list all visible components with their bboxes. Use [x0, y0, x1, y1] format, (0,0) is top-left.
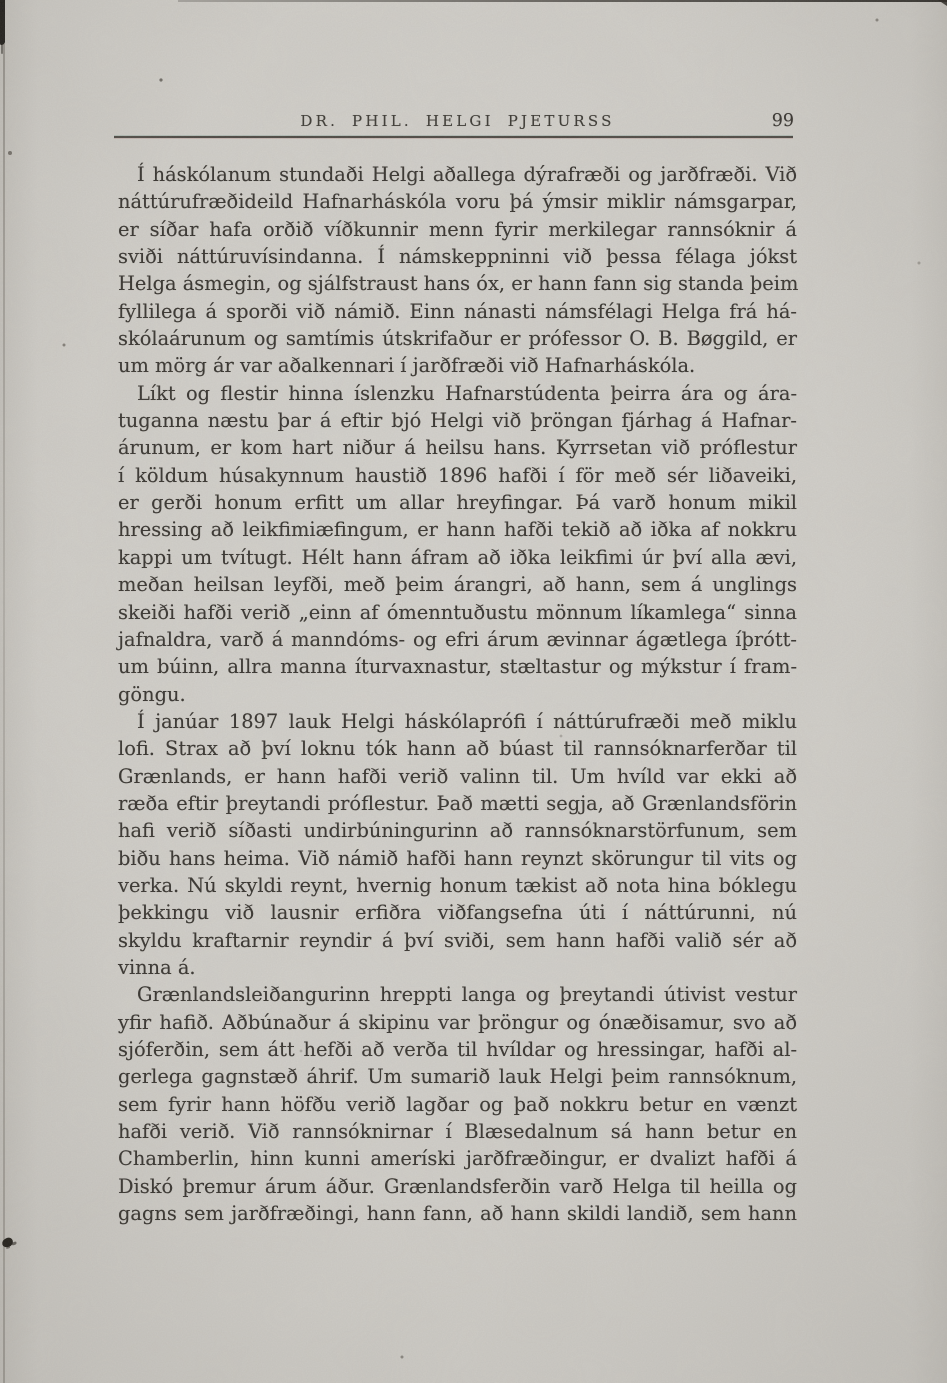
text-line: hressing að leikfimiæfingum, er hann haf… — [118, 516, 797, 543]
text-line: Grænlands, er hann hafði verið valinn ti… — [118, 763, 797, 790]
text-line: Diskó þremur árum áður. Grænlandsferðin … — [118, 1173, 797, 1200]
text-line: vinna á. — [118, 954, 797, 981]
text-line: er síðar hafa orðið víðkunnir menn fyrir… — [118, 216, 797, 243]
text-line: í köldum húsakynnum haustið 1896 hafði í… — [118, 462, 797, 489]
text-line: Í háskólanum stundaði Helgi aðallega dýr… — [118, 161, 797, 188]
page-header: DR. PHIL. HELGI PJETURSS 99 — [118, 112, 797, 136]
text-line: biðu hans heima. Við námið hafði hann re… — [118, 845, 797, 872]
running-title: DR. PHIL. HELGI PJETURSS — [118, 112, 797, 130]
text-line: Chamberlin, hinn kunni ameríski jarðfræð… — [118, 1145, 797, 1172]
text-line: Líkt og flestir hinna íslenzku Hafnarstú… — [118, 380, 797, 407]
text-line: sjóferðin, sem átt hefði að verða til hv… — [118, 1036, 797, 1063]
text-line: sviði náttúruvísindanna. Í námskeppninni… — [118, 243, 797, 270]
text-line: skyldu kraftarnir reyndir á því sviði, s… — [118, 927, 797, 954]
text-line: hafði verið. Við rannsóknirnar í Blæseda… — [118, 1118, 797, 1145]
text-line: kappi um tvítugt. Hélt hann áfram að iðk… — [118, 544, 797, 571]
text-line: skeiði hafði verið „einn af ómenntuðustu… — [118, 599, 797, 626]
text-line: gerlega gagnstæð áhrif. Um sumarið lauk … — [118, 1063, 797, 1090]
text-line: verka. Nú skyldi reynt, hvernig honum tæ… — [118, 872, 797, 899]
text-line: þekkingu við lausnir erfiðra viðfangsefn… — [118, 899, 797, 926]
text-line: sem fyrir hann höfðu verið lagðar og það… — [118, 1091, 797, 1118]
text-line: fyllilega á sporði við námið. Einn nánas… — [118, 298, 797, 325]
page-fold-line — [3, 44, 5, 1383]
paper-specks — [0, 0, 2, 2]
scanned-book-page: DR. PHIL. HELGI PJETURSS 99 Í háskólanum… — [0, 0, 947, 1383]
text-line: gagns sem jarðfræðingi, hann fann, að ha… — [118, 1200, 797, 1227]
text-line: um búinn, allra manna íturvaxnastur, stæ… — [118, 653, 797, 680]
page-text: Í háskólanum stundaði Helgi aðallega dýr… — [118, 161, 797, 1227]
page-number: 99 — [772, 111, 794, 131]
header-divider-rule — [114, 136, 793, 138]
text-line: Í janúar 1897 lauk Helgi háskólaprófi í … — [118, 708, 797, 735]
text-line: göngu. — [118, 681, 797, 708]
text-line: skólaárunum og samtímis útskrifaður er p… — [118, 325, 797, 352]
text-line: tuganna næstu þar á eftir bjó Helgi við … — [118, 407, 797, 434]
text-line: jafnaldra, varð á manndóms- og efri árum… — [118, 626, 797, 653]
text-line: yfir hafið. Aðbúnaður á skipinu var þrön… — [118, 1009, 797, 1036]
text-line: náttúrufræðideild Hafnarháskóla voru þá … — [118, 188, 797, 215]
text-line: um mörg ár var aðalkennari í jarðfræði v… — [118, 352, 797, 379]
scan-edge-artifact — [938, 0, 947, 6]
text-line: meðan heilsan leyfði, með þeim árangri, … — [118, 571, 797, 598]
text-line: er gerði honum erfitt um allar hreyfinga… — [118, 489, 797, 516]
text-line: lofi. Strax að því loknu tók hann að búa… — [118, 735, 797, 762]
text-line: árunum, er kom hart niður á heilsu hans.… — [118, 434, 797, 461]
text-line: hafi verið síðasti undirbúningurinn að r… — [118, 817, 797, 844]
text-line: Grænlandsleiðangurinn hreppti langa og þ… — [118, 981, 797, 1008]
scan-edge-artifact — [178, 0, 947, 2]
text-line: ræða eftir þreytandi próflestur. Það mæt… — [118, 790, 797, 817]
scan-edge-artifact — [0, 0, 5, 45]
text-line: Helga ásmegin, og sjálfstraust hans óx, … — [118, 270, 797, 297]
